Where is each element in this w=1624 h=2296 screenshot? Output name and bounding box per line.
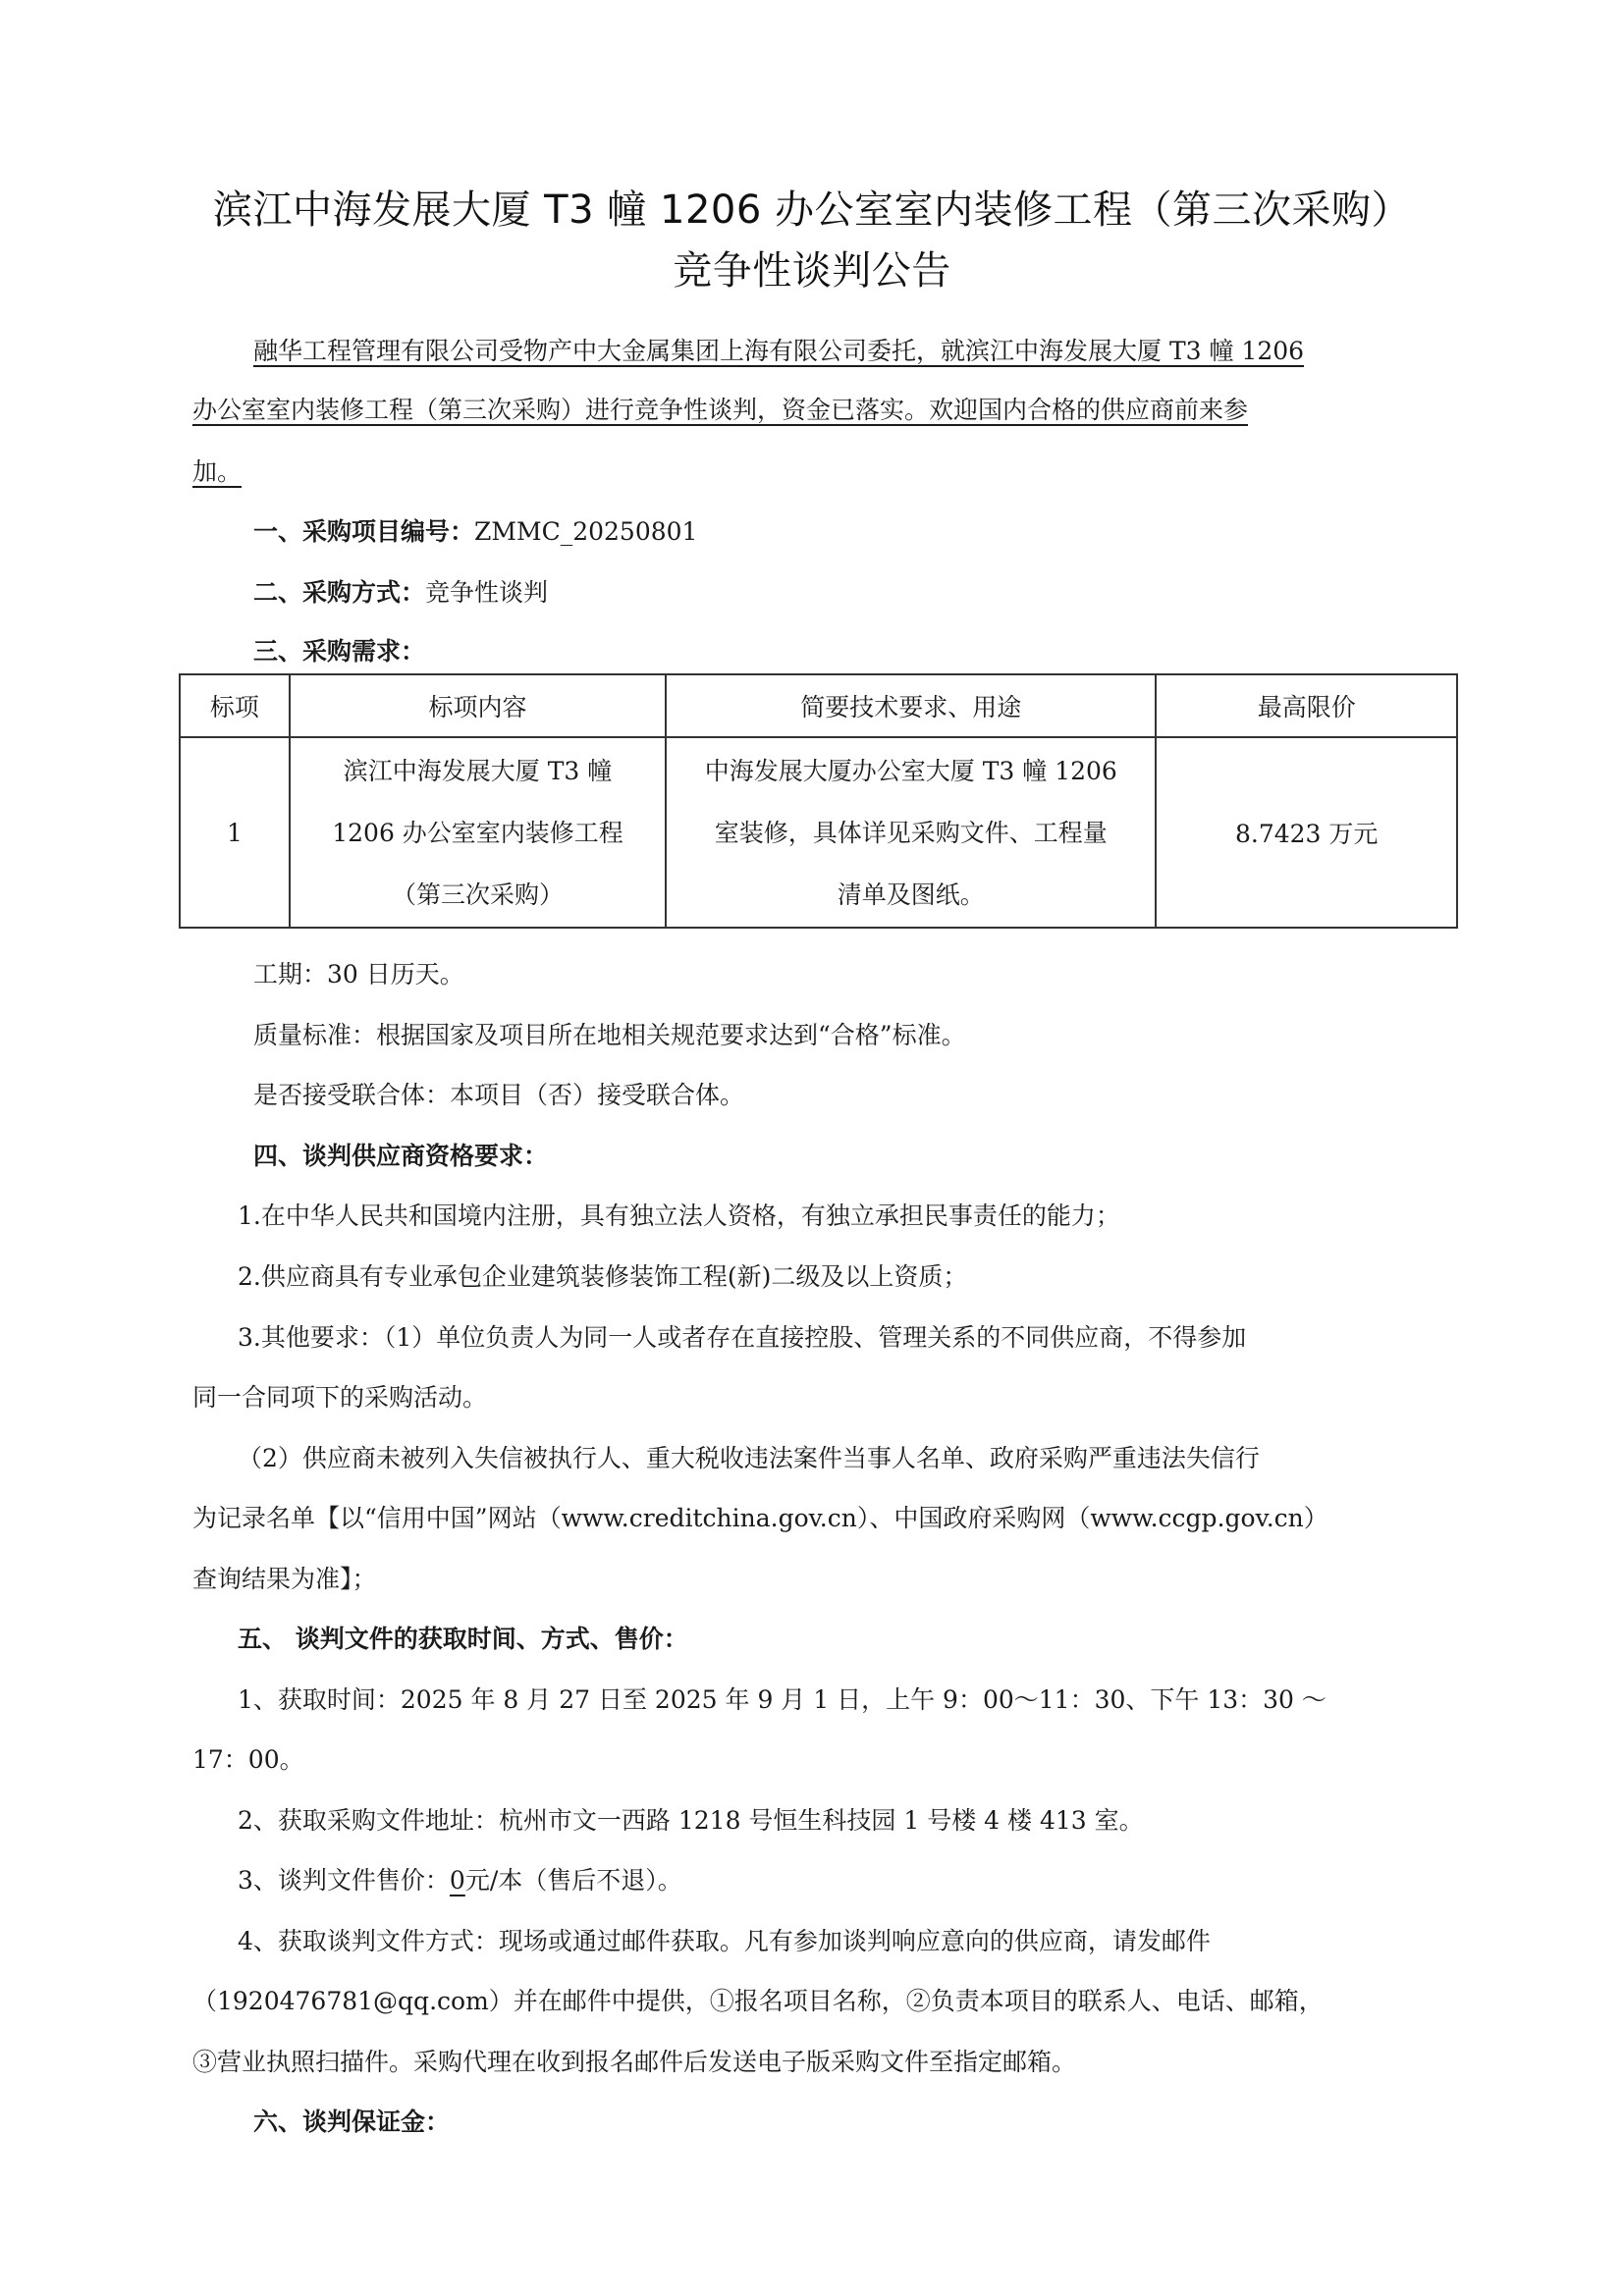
header-content: 标项内容 bbox=[290, 674, 666, 737]
qualification-item-3: 3.其他要求：（1）单位负责人为同一人或者存在直接控股、管理关系的不同供应商，不… bbox=[238, 1323, 1246, 1353]
project-number-value: ZMMC_20250801 bbox=[474, 517, 697, 546]
section-procurement-method-label: 二、采购方式： bbox=[253, 578, 425, 607]
acquisition-time: 1、获取时间：2025 年 8 月 27 日至 2025 年 9 月 1 日，上… bbox=[238, 1685, 1326, 1715]
cell-requirements-line: 中海发展大厦办公室大厦 T3 幢 1206 bbox=[667, 740, 1155, 802]
table-header-row: 标项 标项内容 简要技术要求、用途 最高限价 bbox=[180, 674, 1457, 737]
qualification-item-3-2: （2）供应商未被列入失信被执行人、重大税收违法案件当事人名单、政府采购严重违法失… bbox=[238, 1444, 1260, 1473]
section-document-acquisition: 五、 谈判文件的获取时间、方式、售价： bbox=[238, 1625, 688, 1654]
acquisition-method: 4、获取谈判文件方式：现场或通过邮件获取。凡有参加谈判响应意向的供应商，请发邮件 bbox=[238, 1927, 1211, 1956]
section-procurement-needs: 三、采购需求： bbox=[253, 637, 425, 667]
acquisition-method-end: ③营业执照扫描件。采购代理在收到报名邮件后发送电子版采购文件至指定邮箱。 bbox=[192, 2048, 1076, 2077]
cell-item: 1 bbox=[180, 737, 290, 928]
intro-line-1: 融华工程管理有限公司受物产中大金属集团上海有限公司委托，就滨江中海发展大厦 T3… bbox=[253, 337, 1304, 366]
cell-max-price: 8.7423 万元 bbox=[1156, 737, 1457, 928]
document-page: 滨江中海发展大厦 T3 幢 1206 办公室室内装修工程（第三次采购） 竞争性谈… bbox=[0, 0, 1624, 2296]
header-item: 标项 bbox=[180, 674, 290, 737]
acquisition-time-cont: 17：00。 bbox=[192, 1745, 304, 1775]
document-price-unit: 元/本（售后不退）。 bbox=[465, 1866, 682, 1895]
header-max-price: 最高限价 bbox=[1156, 674, 1457, 737]
intro-line-3: 加。 bbox=[192, 457, 242, 487]
section-procurement-method: 二、采购方式：竞争性谈判 bbox=[253, 578, 548, 608]
document-price-label: 3、谈判文件售价： bbox=[238, 1866, 450, 1895]
document-price: 3、谈判文件售价：0元/本（售后不退）。 bbox=[238, 1866, 682, 1896]
cell-requirements: 中海发展大厦办公室大厦 T3 幢 1206 室装修，具体详见采购文件、工程量 清… bbox=[666, 737, 1156, 928]
section-qualifications: 四、谈判供应商资格要求： bbox=[253, 1142, 548, 1171]
header-requirements: 简要技术要求、用途 bbox=[666, 674, 1156, 737]
acquisition-address: 2、获取采购文件地址：杭州市文一西路 1218 号恒生科技园 1 号楼 4 楼 … bbox=[238, 1806, 1144, 1836]
quality-standard: 质量标准：根据国家及项目所在地相关规范要求达到“合格”标准。 bbox=[253, 1021, 966, 1050]
qualification-item-3-cont: 同一合同项下的采购活动。 bbox=[192, 1383, 487, 1413]
requirements-table: 标项 标项内容 简要技术要求、用途 最高限价 1 滨江中海发展大厦 T3 幢 1… bbox=[179, 673, 1458, 929]
section-project-number: 一、采购项目编号：ZMMC_20250801 bbox=[253, 517, 697, 547]
construction-period: 工期：30 日历天。 bbox=[253, 960, 464, 989]
document-price-value: 0 bbox=[450, 1866, 465, 1895]
cell-requirements-line: 清单及图纸。 bbox=[667, 864, 1155, 926]
table-row: 1 滨江中海发展大厦 T3 幢 1206 办公室室内装修工程 （第三次采购） 中… bbox=[180, 737, 1457, 928]
consortium-acceptance: 是否接受联合体：本项目（否）接受联合体。 bbox=[253, 1081, 744, 1110]
document-title-line2: 竞争性谈判公告 bbox=[147, 240, 1477, 295]
cell-content: 滨江中海发展大厦 T3 幢 1206 办公室室内装修工程 （第三次采购） bbox=[290, 737, 666, 928]
cell-requirements-line: 室装修，具体详见采购文件、工程量 bbox=[667, 802, 1155, 864]
cell-content-line: 滨江中海发展大厦 T3 幢 bbox=[291, 740, 665, 802]
procurement-method-value: 竞争性谈判 bbox=[425, 578, 548, 607]
cell-content-line: （第三次采购） bbox=[291, 864, 665, 926]
section-deposit: 六、谈判保证金： bbox=[253, 2108, 450, 2137]
qualification-item-3-2-cont: 为记录名单【以“信用中国”网站（www.creditchina.gov.cn）、… bbox=[192, 1504, 1328, 1533]
qualification-item-1: 1.在中华人民共和国境内注册，具有独立法人资格，有独立承担民事责任的能力； bbox=[238, 1201, 1120, 1231]
acquisition-method-cont: （1920476781@qq.com）并在邮件中提供，①报名项目名称，②负责本项… bbox=[192, 1987, 1324, 2016]
document-title-line1: 滨江中海发展大厦 T3 幢 1206 办公室室内装修工程（第三次采购） bbox=[147, 179, 1477, 235]
section-project-number-label: 一、采购项目编号： bbox=[253, 517, 474, 546]
qualification-item-2: 2.供应商具有专业承包企业建筑装修装饰工程(新)二级及以上资质； bbox=[238, 1262, 967, 1292]
cell-content-line: 1206 办公室室内装修工程 bbox=[291, 802, 665, 864]
intro-line-2: 办公室室内装修工程（第三次采购）进行竞争性谈判，资金已落实。欢迎国内合格的供应商… bbox=[192, 396, 1248, 425]
qualification-item-3-2-end: 查询结果为准】； bbox=[192, 1565, 377, 1594]
